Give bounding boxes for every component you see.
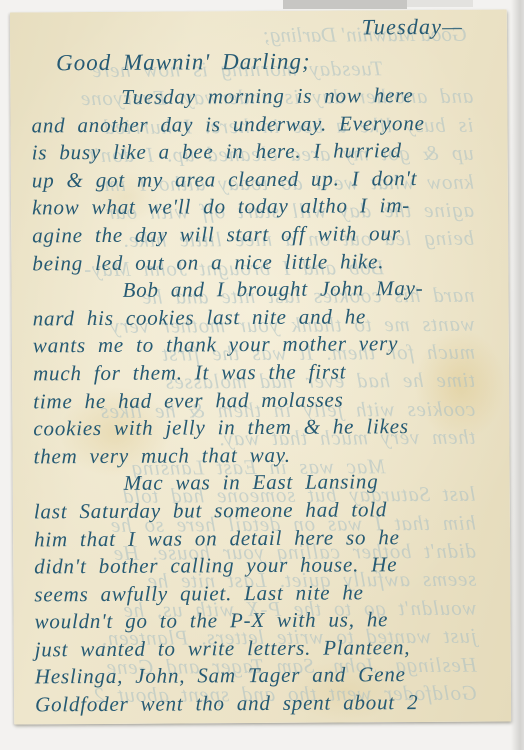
letter-line: nard his cookies last nite and he xyxy=(33,302,497,332)
letter-line: time he had ever had molasses xyxy=(33,385,497,415)
letter-line: didn't bother calling your house. He xyxy=(34,551,498,581)
background-sheet-edge-top-light xyxy=(407,0,473,7)
letter-line: wants me to thank your mother very xyxy=(33,330,497,360)
letter-line: him that I was on detail here so he xyxy=(34,523,498,553)
letter-line: Bob and I brought John May- xyxy=(32,275,496,305)
salutation: Good Mawnin' Darling; xyxy=(56,49,311,77)
letter-line: wouldn't go to the P-X with us, he xyxy=(34,606,498,636)
background-sheet-edge-top xyxy=(283,0,407,9)
background-sheet-edge-right xyxy=(511,0,524,750)
letter-line: Heslinga, John, Sam Tager and Gene xyxy=(35,661,499,691)
letter-line: just wanted to write letters. Planteen, xyxy=(35,633,499,663)
letter-line: is busy like a bee in here. I hurried xyxy=(32,137,496,167)
letter-line: agine the day will start off with our xyxy=(32,220,496,250)
letter-line: seems awfully quiet. Last nite he xyxy=(34,578,498,608)
letter-line: much for them. It was the first xyxy=(33,357,497,387)
letter-line: and another day is underway. Everyone xyxy=(31,109,495,139)
letter-line: them very much that way. xyxy=(33,440,497,470)
letter-line: up & got my area cleaned up. I don't xyxy=(32,164,496,194)
letter-line: Goldfoder went tho and spent about 2 xyxy=(35,689,499,719)
scanned-letter-page: { "letter": { "date_line": "Tuesday—", "… xyxy=(0,0,524,750)
letter-sheet: Good Mawnin' Darling; Tuesday morning is… xyxy=(10,9,511,724)
letter-line: being led out on a nice little hike. xyxy=(32,247,496,277)
letter-line: Mac was in East Lansing xyxy=(34,468,498,498)
letter-line: know what we'll do today altho I im- xyxy=(32,192,496,222)
letter-line: Tuesday morning is now here xyxy=(31,82,495,112)
letter-body: Tuesday morning is now hereand another d… xyxy=(31,82,499,719)
date-line: Tuesday— xyxy=(362,14,463,41)
letter-content: Tuesday— Good Mawnin' Darling; Tuesday m… xyxy=(10,9,511,724)
letter-line: last Saturday but someone had told xyxy=(34,495,498,525)
letter-line: cookies with jelly in them & he likes xyxy=(33,413,497,443)
